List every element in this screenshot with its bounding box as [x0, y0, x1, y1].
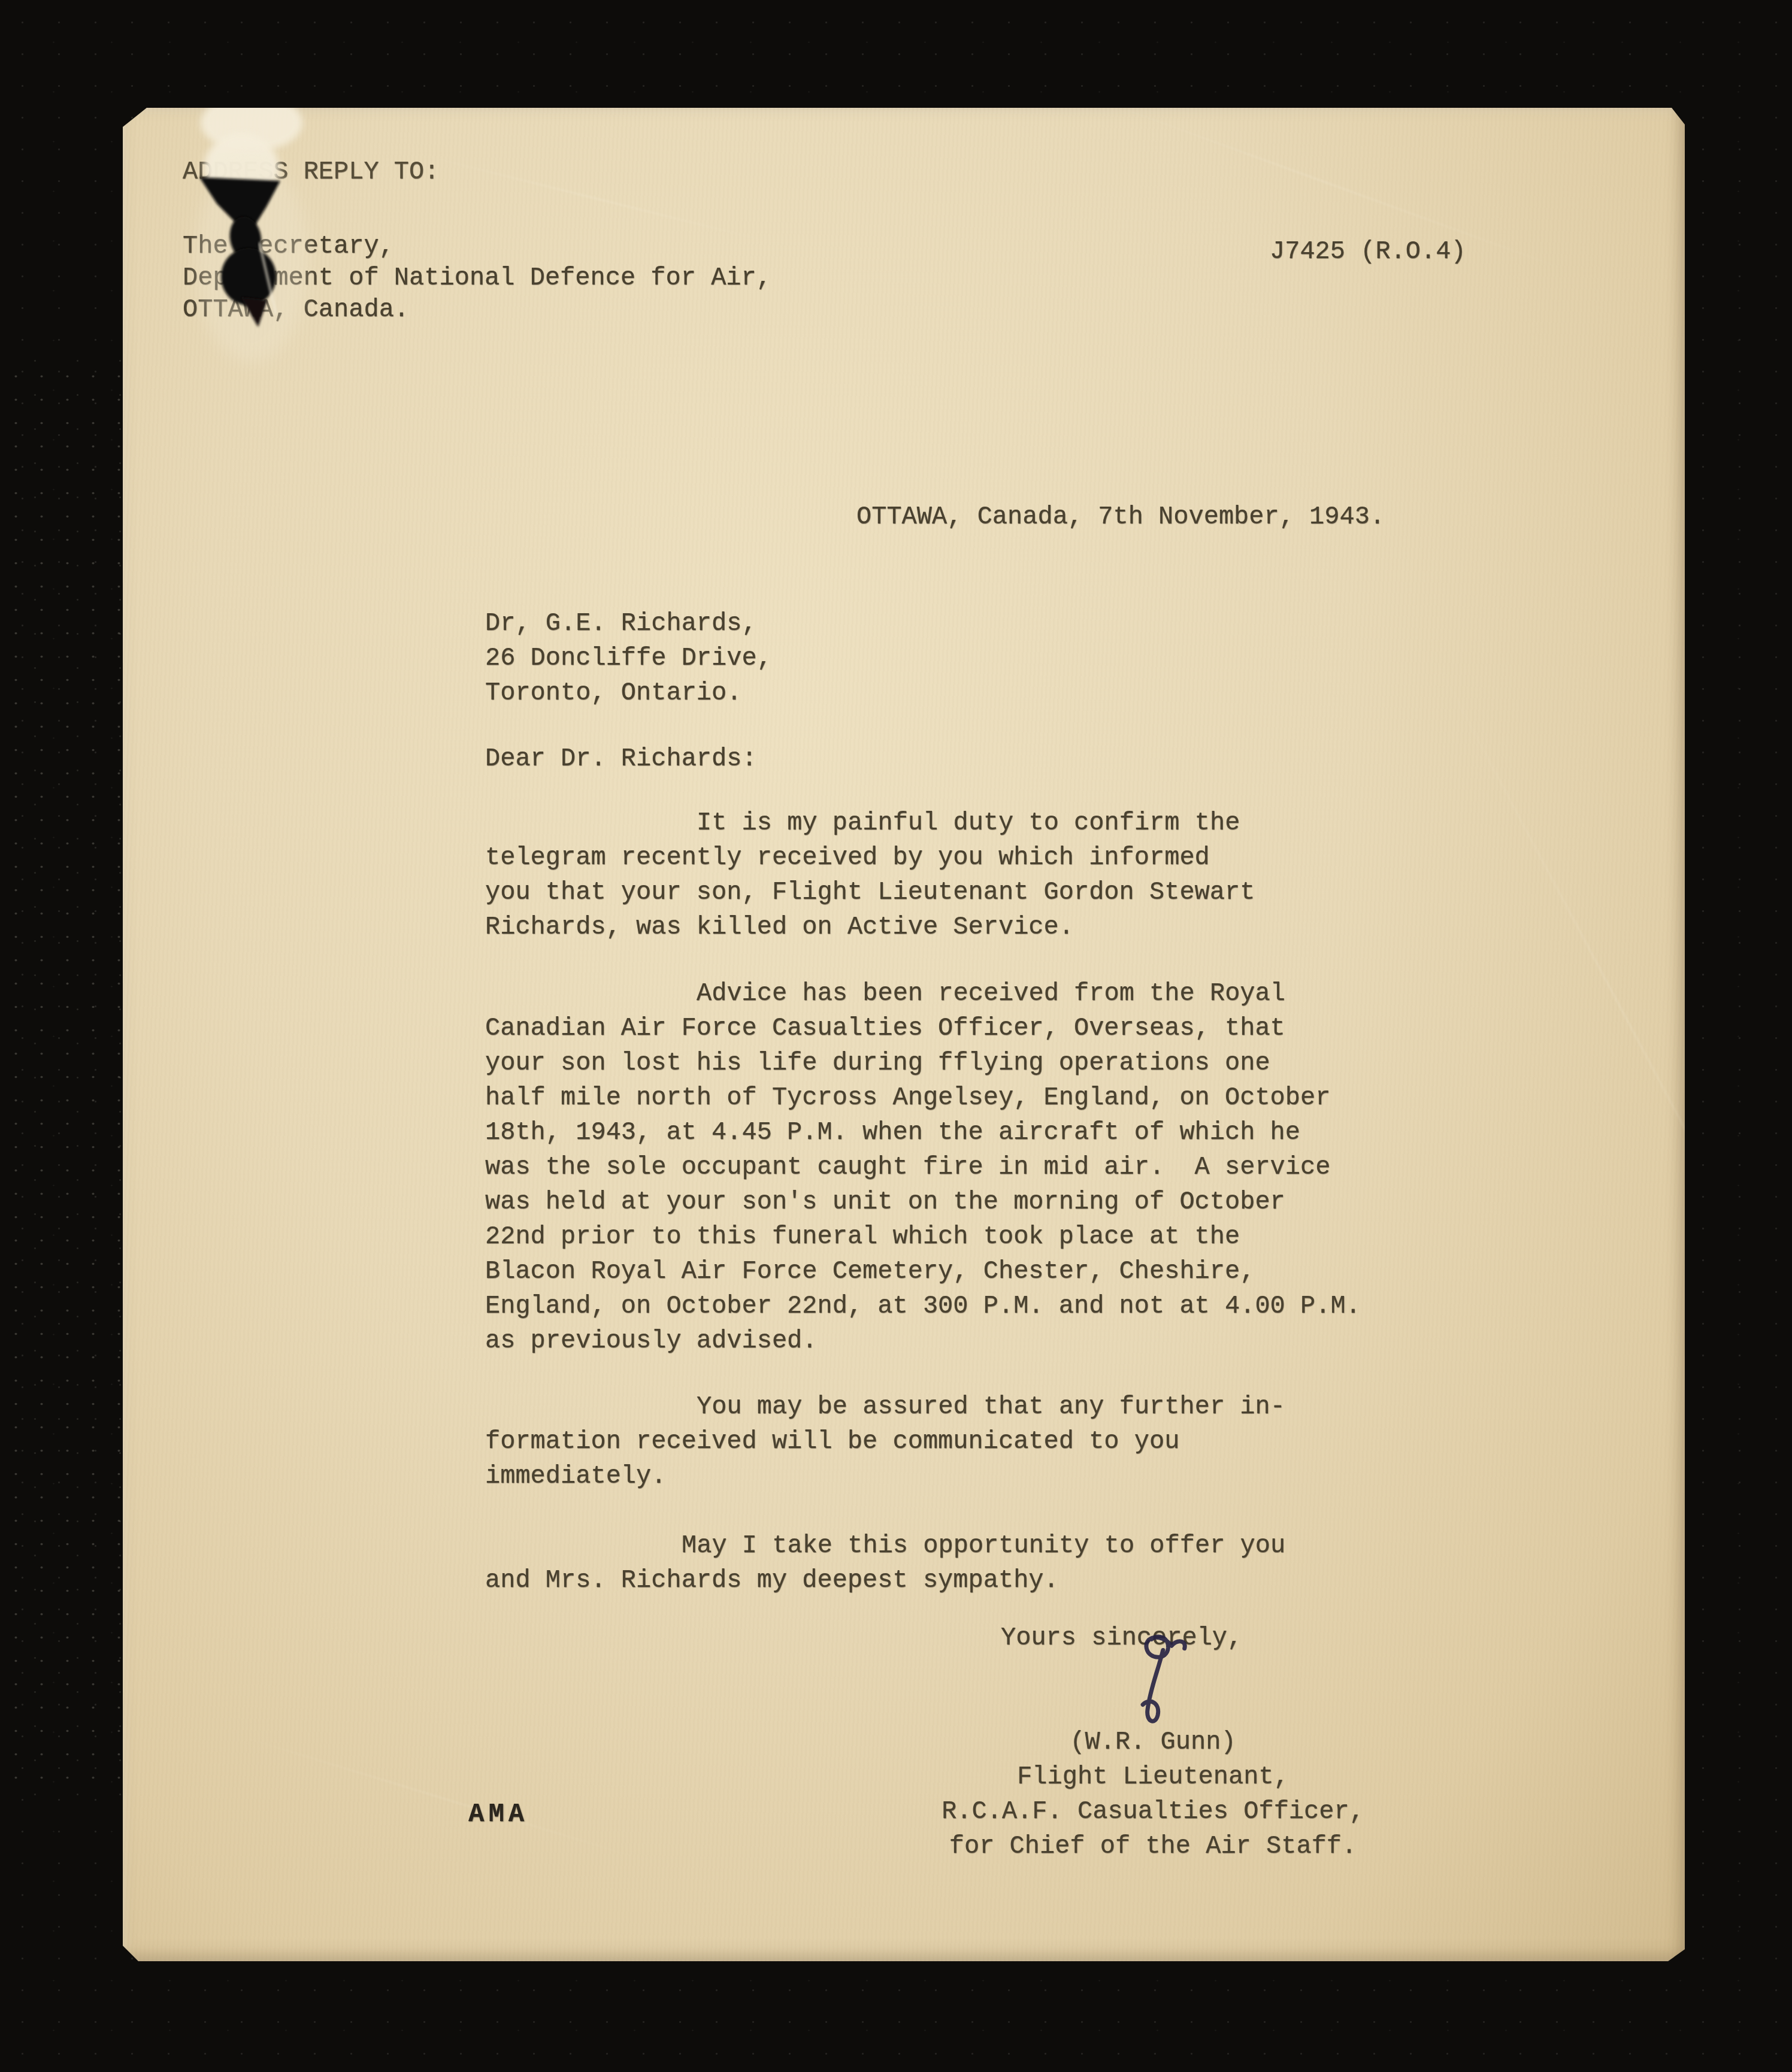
scan-canvas: { "colors": { "background": "#0d0c0a", "…: [0, 0, 1792, 2072]
paragraph-line: was the sole occupant caught fire in mid…: [485, 1150, 1361, 1185]
paragraph-line: Blacon Royal Air Force Cemetery, Chester…: [485, 1254, 1361, 1289]
dateline: OTTAWA, Canada, 7th November, 1943.: [856, 502, 1385, 532]
paper-crease: [222, 1730, 658, 1865]
paragraph-line: your son lost his life during fflying op…: [485, 1046, 1361, 1080]
signatory-title: R.C.A.F. Casualties Officer,: [868, 1794, 1437, 1829]
paragraph-line: 22nd prior to this funeral which took pl…: [485, 1219, 1361, 1254]
signatory-name: (W.R. Gunn): [868, 1725, 1437, 1759]
paragraph-line: formation received will be communicated …: [485, 1424, 1285, 1459]
letter-page: ADDRESS REPLY TO: The Secretary, Departm…: [123, 108, 1685, 1961]
paragraph-line: It is my painful duty to confirm the: [485, 805, 1255, 840]
paragraph-line: Advice has been received from the Royal: [485, 976, 1361, 1011]
paragraph-line: telegram recently received by you which …: [485, 840, 1255, 875]
signatory-title: for Chief of the Air Staff.: [868, 1829, 1437, 1864]
paragraph-line: You may be assured that any further in-: [485, 1389, 1285, 1424]
paragraph: It is my painful duty to confirm the tel…: [485, 805, 1255, 944]
recipient-line: Toronto, Ontario.: [485, 675, 772, 710]
paragraph-line: 18th, 1943, at 4.45 P.M. when the aircra…: [485, 1115, 1361, 1150]
file-reference: J7425 (R.O.4): [1270, 237, 1466, 266]
paragraph-line: and Mrs. Richards my deepest sympathy.: [485, 1563, 1285, 1598]
signature-block: (W.R. Gunn) Flight Lieutenant, R.C.A.F. …: [868, 1725, 1437, 1864]
recipient-line: Dr, G.E. Richards,: [485, 606, 772, 641]
recipient-line: 26 Doncliffe Drive,: [485, 641, 772, 675]
paragraph-line: you that your son, Flight Lieutenant Gor…: [485, 875, 1255, 910]
signatory-title: Flight Lieutenant,: [868, 1759, 1437, 1794]
paragraph-line: England, on October 22nd, at 300 P.M. an…: [485, 1289, 1361, 1323]
paragraph-line: Richards, was killed on Active Service.: [485, 910, 1255, 944]
paragraph: You may be assured that any further in- …: [485, 1389, 1285, 1494]
recipient-address-block: Dr, G.E. Richards, 26 Doncliffe Drive, T…: [485, 606, 772, 710]
salutation: Dear Dr. Richards:: [485, 744, 757, 774]
torn-paper-damage: [153, 108, 452, 479]
paragraph: Advice has been received from the Royal …: [485, 976, 1361, 1358]
paragraph-line: as previously advised.: [485, 1323, 1361, 1358]
paragraph-line: Canadian Air Force Casualties Officer, O…: [485, 1011, 1361, 1046]
paragraph-line: half mile north of Tycross Angelsey, Eng…: [485, 1080, 1361, 1115]
paragraph-line: was held at your son's unit on the morni…: [485, 1185, 1361, 1219]
paragraph-line: May I take this opportunity to offer you: [485, 1528, 1285, 1563]
typist-initials: AMA: [468, 1800, 528, 1829]
paragraph: May I take this opportunity to offer you…: [485, 1528, 1285, 1598]
paragraph-line: immediately.: [485, 1459, 1285, 1494]
